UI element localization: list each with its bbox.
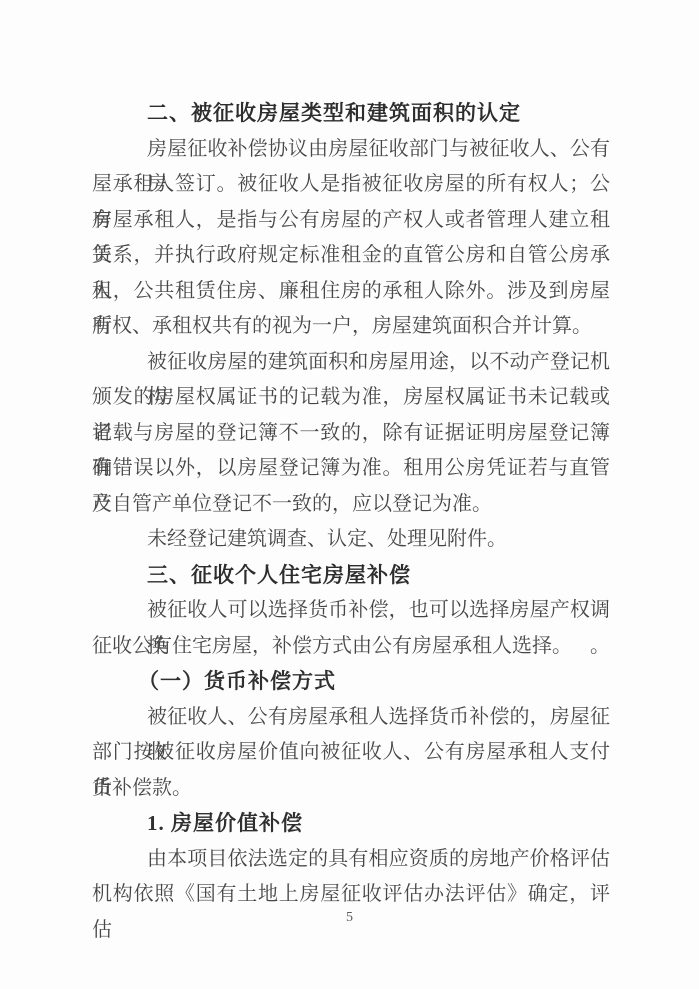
subheading-house-value-compensation: 1. 房屋价值补偿 xyxy=(92,806,610,842)
p2-line1: 被征收房屋的建筑面积和房屋用途，以不动产登记机构 xyxy=(92,345,610,381)
section-heading-3: 三、征收个人住宅房屋补偿 xyxy=(92,558,610,594)
document-page: 二、被征收房屋类型和建筑面积的认定 房屋征收补偿协议由房屋征收部门与被征收人、公… xyxy=(0,0,699,989)
section-heading-2: 二、被征收房屋类型和建筑面积的认定 xyxy=(92,96,610,132)
page-number: 5 xyxy=(0,910,699,926)
p6-line1: 由本项目依法选定的具有相应资质的房地产价格评估 xyxy=(92,842,610,878)
p5-line1: 被征收人、公有房屋承租人选择货币补偿的，房屋征收 xyxy=(92,700,610,736)
subheading-monetary-compensation: （一）货币补偿方式 xyxy=(92,664,610,700)
p4-line2: 征收公有住宅房屋，补偿方式由公有房屋承租人选择。 xyxy=(92,629,610,665)
p1-line6: 有权、承租权共有的视为一户，房屋建筑面积合并计算。 xyxy=(92,309,610,345)
p1-line5: 人，公共租赁住房、廉租住房的承租人除外。涉及到房屋所 xyxy=(92,274,610,310)
p3-line1: 未经登记建筑调查、认定、处理见附件。 xyxy=(92,522,610,558)
p5-line2: 部门按被征收房屋价值向被征收人、公有房屋承租人支付货 xyxy=(92,735,610,771)
p2-line3: 记载与房屋的登记簿不一致的，除有证据证明房屋登记簿确 xyxy=(92,416,610,452)
p1-line3: 房屋承租人，是指与公有房屋的产权人或者管理人建立租赁 xyxy=(92,203,610,239)
p6-line2: 机构依照《国有土地上房屋征收评估办法评估》确定，评估 xyxy=(92,877,610,913)
p2-line4: 有错误以外，以房屋登记簿为准。租用公房凭证若与直管产 xyxy=(92,451,610,487)
p5-line3: 币补偿款。 xyxy=(92,771,610,807)
p4-line1: 被征收人可以选择货币补偿，也可以选择房屋产权调换。 xyxy=(92,593,610,629)
p1-line2: 屋承租人签订。被征收人是指被征收房屋的所有权人；公有 xyxy=(92,167,610,203)
p2-line2: 颁发的房屋权属证书的记载为准，房屋权属证书未记载或者 xyxy=(92,380,610,416)
p2-line5: 及自管产单位登记不一致的，应以登记为准。 xyxy=(92,487,610,523)
p1-line1: 房屋征收补偿协议由房屋征收部门与被征收人、公有房 xyxy=(92,132,610,168)
p1-line4: 关系，并执行政府规定标准租金的直管公房和自管公房承租 xyxy=(92,238,610,274)
document-content: 二、被征收房屋类型和建筑面积的认定 房屋征收补偿协议由房屋征收部门与被征收人、公… xyxy=(92,96,610,913)
